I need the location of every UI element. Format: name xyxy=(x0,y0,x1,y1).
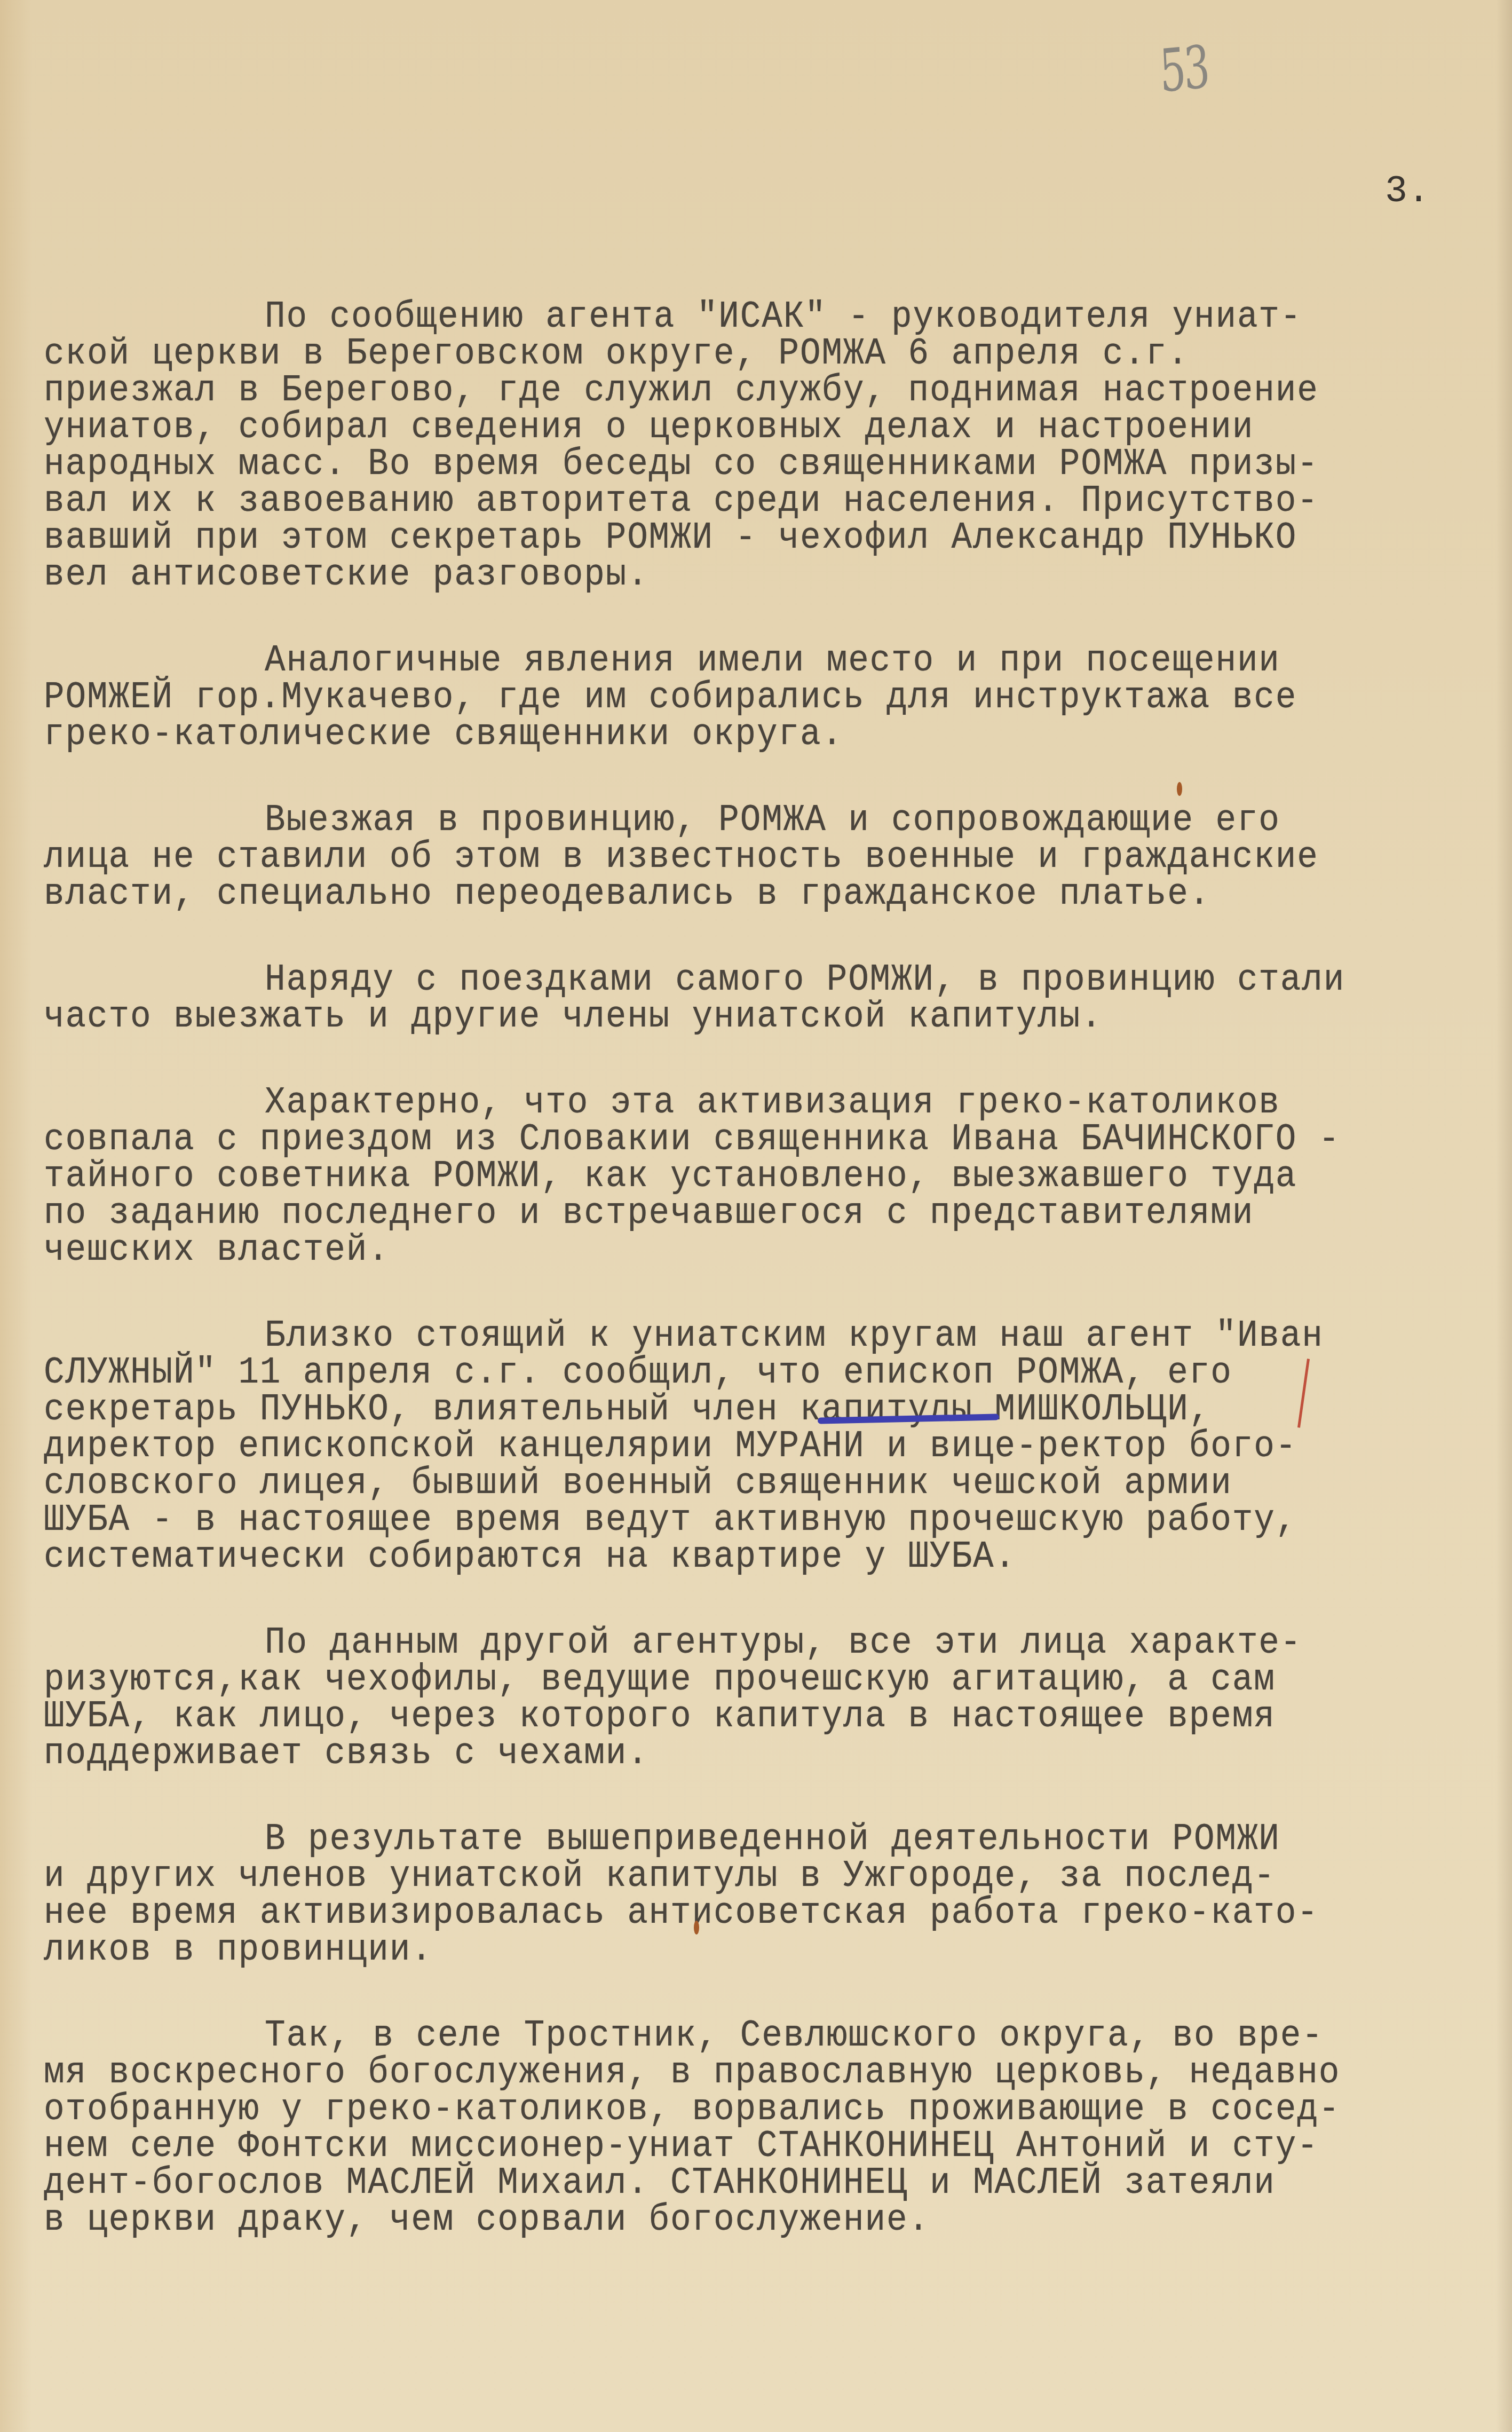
text-line: нем селе Фонтски миссионер-униат СТАНКОН… xyxy=(44,2128,1379,2165)
text-line: словского лицея, бывший военный священни… xyxy=(44,1465,1379,1502)
text-line: отобранную у греко-католиков, ворвались … xyxy=(44,2091,1379,2128)
paragraph-8: В результате вышеприведенной деятельност… xyxy=(44,1821,1495,1969)
text-line: В результате вышеприведенной деятельност… xyxy=(44,1821,1379,1858)
paragraph-6: Близко стоящий к униатским кругам наш аг… xyxy=(44,1318,1495,1576)
text-line: народных масс. Во время беседы со священ… xyxy=(44,446,1379,483)
text-line: Аналогичные явления имели место и при по… xyxy=(44,643,1379,680)
text-line: Наряду с поездками самого РОМЖИ, в прови… xyxy=(44,962,1379,999)
text-line: По данным другой агентуры, все эти лица … xyxy=(44,1625,1379,1662)
text-line: поддерживает связь с чехами. xyxy=(44,1735,1379,1772)
text-line: по заданию последнего и встречавшегося с… xyxy=(44,1195,1379,1232)
text-line: часто выезжать и другие члены униатской … xyxy=(44,999,1379,1036)
text-line: лица не ставили об этом в известность во… xyxy=(44,839,1379,876)
text-line: мя воскресного богослужения, в православ… xyxy=(44,2055,1379,2091)
archive-page-number: 53 xyxy=(1158,33,1209,106)
paragraph-5: Характерно, что эта активизация греко-ка… xyxy=(44,1085,1495,1269)
ink-stain xyxy=(1177,782,1182,796)
text-line: Выезжая в провинцию, РОМЖА и сопровождаю… xyxy=(44,802,1379,839)
text-line: директор епископской канцелярии МУРАНИ и… xyxy=(44,1428,1379,1465)
text-line: чешских властей. xyxy=(44,1232,1379,1269)
document-body: По сообщению агента "ИСАК" - руководител… xyxy=(44,299,1495,2288)
typed-page-number: 3. xyxy=(1385,171,1430,213)
text-line: Близко стоящий к униатским кругам наш аг… xyxy=(44,1318,1379,1355)
text-line: греко-католические священники округа. xyxy=(44,716,1379,753)
paragraph-2: Аналогичные явления имели место и при по… xyxy=(44,643,1495,753)
text-line: По сообщению агента "ИСАК" - руководител… xyxy=(44,299,1379,336)
paragraph-9: Так, в селе Тростник, Севлюшского округа… xyxy=(44,2018,1495,2239)
text-line: Характерно, что эта активизация греко-ка… xyxy=(44,1085,1379,1122)
text-line: и других членов униатской капитулы в Ужг… xyxy=(44,1858,1379,1895)
text-line: вел антисоветские разговоры. xyxy=(44,557,1379,594)
text-line: в церкви драку, чем сорвали богослужение… xyxy=(44,2202,1379,2239)
text-line: тайного советника РОМЖИ, как установлено… xyxy=(44,1158,1379,1195)
text-line: нее время активизировалась антисоветская… xyxy=(44,1895,1379,1932)
text-line: РОМЖЕЙ гор.Мукачево, где им собирались д… xyxy=(44,680,1379,716)
text-line: ШУБА - в настоящее время ведут активную … xyxy=(44,1502,1379,1539)
text-line: униатов, собирал сведения о церковных де… xyxy=(44,409,1379,446)
paragraph-3: Выезжая в провинцию, РОМЖА и сопровождаю… xyxy=(44,802,1495,913)
text-line: систематически собираются на квартире у … xyxy=(44,1539,1379,1576)
text-line: приезжал в Берегово, где служил службу, … xyxy=(44,373,1379,409)
text-line: ШУБА, как лицо, через которого капитула … xyxy=(44,1699,1379,1735)
paragraph-4: Наряду с поездками самого РОМЖИ, в прови… xyxy=(44,962,1495,1036)
paragraph-7: По данным другой агентуры, все эти лица … xyxy=(44,1625,1495,1772)
text-line: СЛУЖНЫЙ" 11 апреля с.г. сообщил, что епи… xyxy=(44,1355,1379,1392)
paragraph-1: По сообщению агента "ИСАК" - руководител… xyxy=(44,299,1495,594)
text-line: власти, специально переодевались в гражд… xyxy=(44,876,1379,913)
text-line: совпала с приездом из Словакии священник… xyxy=(44,1122,1379,1158)
text-line: Так, в селе Тростник, Севлюшского округа… xyxy=(44,2018,1379,2055)
ink-stain xyxy=(694,1921,699,1934)
text-line: секретарь ПУНЬКО, влиятельный член капит… xyxy=(44,1392,1379,1428)
text-line: вал их к завоеванию авторитета среди нас… xyxy=(44,483,1379,520)
text-line: вавший при этом секретарь РОМЖИ - чехофи… xyxy=(44,520,1379,557)
text-line: ликов в провинции. xyxy=(44,1932,1379,1969)
text-line: ризуются,как чехофилы, ведущие прочешску… xyxy=(44,1662,1379,1699)
text-line: ской церкви в Береговском округе, РОМЖА … xyxy=(44,336,1379,373)
text-line: дент-богослов МАСЛЕЙ Михаил. СТАНКОНИНЕЦ… xyxy=(44,2165,1379,2202)
